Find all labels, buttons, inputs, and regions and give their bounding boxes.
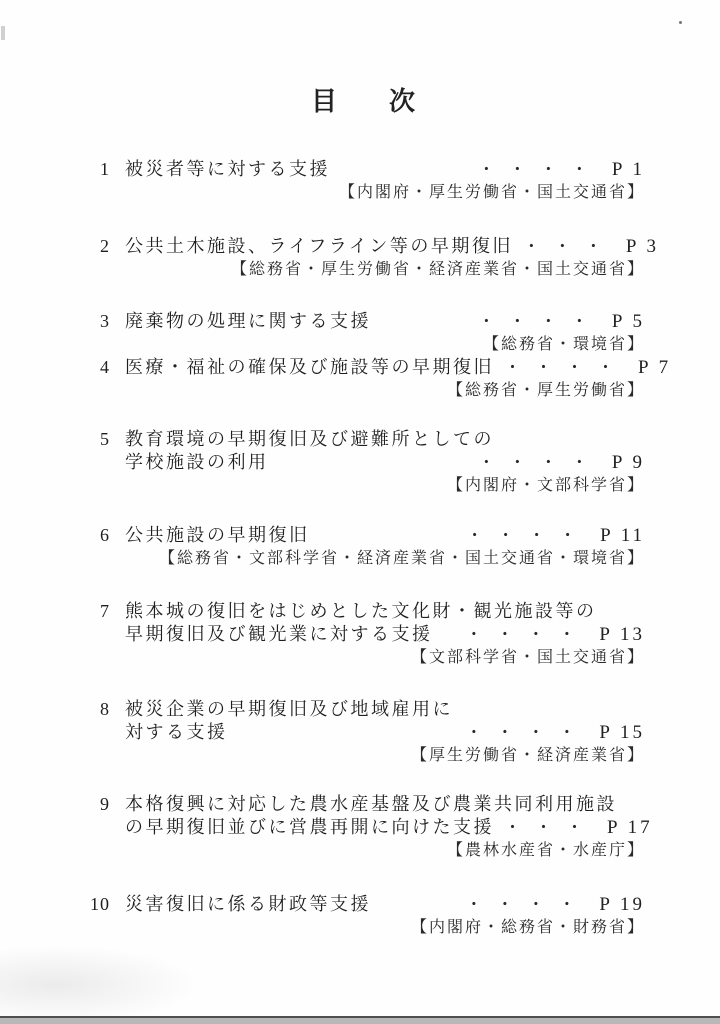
- entry-title: 早期復旧及び観光業に対する支援: [125, 623, 433, 646]
- entry-number: 7: [73, 600, 110, 623]
- entry-number: 1: [73, 158, 110, 181]
- toc-entry: 5 教育環境の早期復旧及び避難所としての 学校施設の利用 ・・・・P 9 【内閣…: [73, 428, 645, 497]
- page-ref: P 7: [638, 357, 671, 378]
- page-ref: P 5: [612, 311, 645, 332]
- leader-dots: ・・・・: [478, 312, 602, 331]
- toc-entry: 8 被災企業の早期復旧及び地域雇用に 対する支援 ・・・・P 15 【厚生労働省…: [73, 698, 645, 767]
- leader-dots: ・・・・: [465, 625, 589, 644]
- scan-artifact-mark: [1, 26, 5, 40]
- ministry-label: 【農林水産省・水産庁】: [73, 839, 645, 862]
- dot-leader: ・・・・P 13: [465, 623, 645, 646]
- entry-title: 教育環境の早期復旧及び避難所としての: [125, 428, 645, 451]
- ministry-label: 【総務省・文部科学省・経済産業省・国土交通省・環境省】: [73, 547, 645, 570]
- entry-number: 6: [73, 524, 110, 547]
- entry-title: 廃棄物の処理に関する支援: [125, 310, 371, 333]
- page-ref: P 19: [599, 894, 645, 915]
- ministry-label: 【内閣府・総務省・財務省】: [73, 916, 645, 939]
- entry-number: 8: [73, 698, 110, 721]
- leader-dots: ・・・・: [465, 895, 589, 914]
- page-ref: P 13: [599, 624, 645, 645]
- entry-title: 被災企業の早期復旧及び地域雇用に: [125, 698, 645, 721]
- leader-dots: ・・・・: [504, 358, 628, 377]
- entry-title: 公共土木施設、ライフライン等の早期復旧: [125, 235, 513, 258]
- entry-title: 被災者等に対する支援: [125, 158, 330, 181]
- scan-edge-bar: [0, 1016, 720, 1024]
- dot-leader: ・・・・P 5: [478, 310, 645, 333]
- entry-number: 3: [73, 310, 110, 333]
- ministry-label: 【総務省・環境省】: [73, 333, 645, 356]
- page-ref: P 17: [607, 817, 653, 838]
- entry-number: 5: [73, 428, 110, 451]
- toc-entry: 10 災害復旧に係る財政等支援 ・・・・P 19 【内閣府・総務省・財務省】: [73, 893, 645, 939]
- page-title: 目次: [73, 86, 645, 118]
- entry-title: 対する支援: [125, 721, 228, 744]
- page-ref: P 9: [612, 452, 645, 473]
- dot-leader: ・・・・P 7: [504, 356, 671, 379]
- toc-entry: 7 熊本城の復旧をはじめとした文化財・観光施設等の 早期復旧及び観光業に対する支…: [73, 600, 645, 669]
- ministry-label: 【内閣府・文部科学省】: [73, 474, 645, 497]
- dot-leader: ・・・・P 11: [466, 524, 645, 547]
- ministry-label: 【内閣府・厚生労働省・国土交通省】: [73, 181, 645, 204]
- leader-dots: ・・・・: [478, 160, 602, 179]
- ministry-label: 【総務省・厚生労働省・経済産業省・国土交通省】: [73, 258, 645, 281]
- dot-leader: ・・・・P 9: [478, 451, 645, 474]
- ministry-label: 【厚生労働省・経済産業省】: [73, 744, 645, 767]
- scan-artifact-smudge: [0, 945, 200, 1017]
- dot-leader: ・・・P 17: [504, 816, 653, 839]
- toc-entry: 2 公共土木施設、ライフライン等の早期復旧 ・・・P 3 【総務省・厚生労働省・…: [73, 235, 645, 281]
- toc-entry: 1 被災者等に対する支援 ・・・・P 1 【内閣府・厚生労働省・国土交通省】: [73, 158, 645, 204]
- entry-number: 2: [73, 235, 110, 258]
- dot-leader: ・・・・P 1: [478, 158, 645, 181]
- toc-entry: 4 医療・福祉の確保及び施設等の早期復旧 ・・・・P 7 【総務省・厚生労働省】: [73, 356, 645, 402]
- entry-number: 10: [73, 893, 110, 916]
- page-ref: P 3: [626, 236, 659, 257]
- leader-dots: ・・・: [504, 818, 597, 837]
- dot-leader: ・・・・P 15: [465, 721, 645, 744]
- leader-dots: ・・・・: [465, 723, 589, 742]
- document-page: 目次 1 被災者等に対する支援 ・・・・P 1 【内閣府・厚生労働省・国土交通省…: [0, 0, 720, 1024]
- entry-number: 9: [73, 793, 110, 816]
- scan-artifact-dot: [679, 21, 682, 24]
- page-ref: P 11: [600, 525, 645, 546]
- toc-entry: 6 公共施設の早期復旧 ・・・・P 11 【総務省・文部科学省・経済産業省・国土…: [73, 524, 645, 570]
- dot-leader: ・・・・P 19: [465, 893, 645, 916]
- toc-content: 目次 1 被災者等に対する支援 ・・・・P 1 【内閣府・厚生労働省・国土交通省…: [0, 0, 720, 939]
- page-ref: P 1: [612, 159, 645, 180]
- entry-title: 医療・福祉の確保及び施設等の早期復旧: [125, 356, 494, 379]
- leader-dots: ・・・・: [466, 526, 590, 545]
- toc-entry: 3 廃棄物の処理に関する支援 ・・・・P 5 【総務省・環境省】: [73, 310, 645, 356]
- entry-title: 本格復興に対応した農水産基盤及び農業共同利用施設: [125, 793, 653, 816]
- entry-title: 学校施設の利用: [125, 451, 269, 474]
- entry-title: 災害復旧に係る財政等支援: [125, 893, 371, 916]
- entry-title: 熊本城の復旧をはじめとした文化財・観光施設等の: [125, 600, 645, 623]
- entry-title: 公共施設の早期復旧: [125, 524, 310, 547]
- leader-dots: ・・・・: [478, 453, 602, 472]
- page-ref: P 15: [599, 722, 645, 743]
- toc-entry: 9 本格復興に対応した農水産基盤及び農業共同利用施設 の早期復旧並びに営農再開に…: [73, 793, 645, 862]
- ministry-label: 【総務省・厚生労働省】: [73, 379, 645, 402]
- entry-number: 4: [73, 356, 110, 379]
- ministry-label: 【文部科学省・国土交通省】: [73, 646, 645, 669]
- leader-dots: ・・・: [523, 237, 616, 256]
- dot-leader: ・・・P 3: [523, 235, 659, 258]
- entry-title: の早期復旧並びに営農再開に向けた支援: [125, 816, 494, 839]
